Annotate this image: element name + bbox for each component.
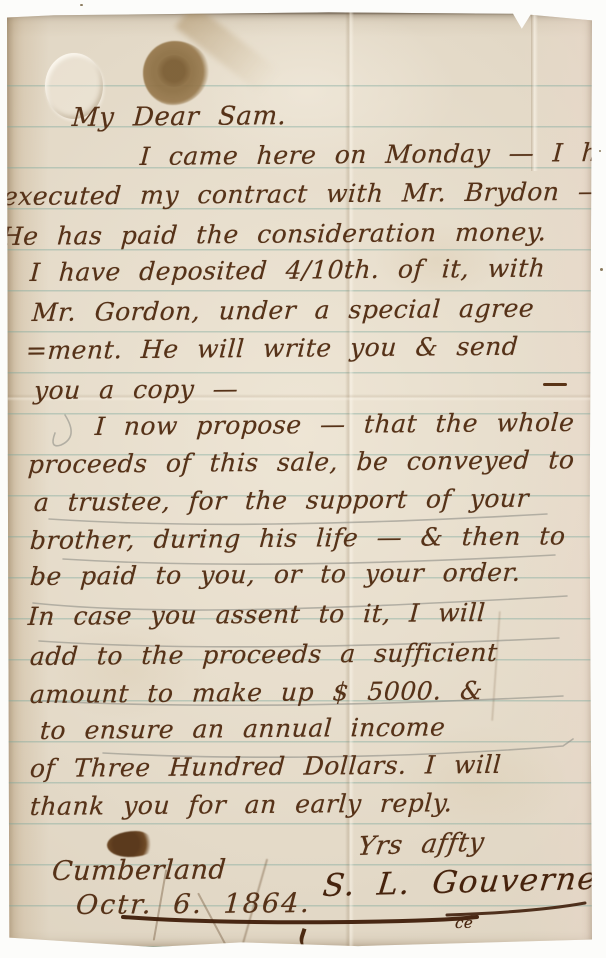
stray-dash <box>543 383 567 386</box>
letter-line: add to the proceeds a sufficient <box>29 639 498 671</box>
letter-line: I now propose — that the whole <box>94 409 575 441</box>
letter-line: He has paid the consideration money. <box>7 218 547 250</box>
letter-line: Mr. Gordon, under a special agree <box>31 295 535 327</box>
letter-line: I have deposited 4/10th. of it, with <box>29 255 546 287</box>
signature: S. L. Gouverneur <box>321 861 592 903</box>
letter-line: be paid to you, or to your order. <box>29 559 521 591</box>
closing: Yrs affty <box>356 829 486 862</box>
letter-line: In case you assent to it, I will <box>27 599 486 630</box>
letter-line: proceeds of this sale, be conveyed to <box>27 446 575 478</box>
scan-speck <box>80 4 83 6</box>
letter-line: =ment. He will write you & send <box>25 333 519 365</box>
letter-paper: My Dear Sam. I came here on Monday — I h… <box>7 11 592 947</box>
signature-mark: ce <box>454 915 473 932</box>
date-line: Octr. 6. 1864. <box>75 889 312 921</box>
scan-speck <box>599 150 601 152</box>
letter-line: executed my contract with Mr. Brydon — <box>7 178 592 211</box>
letter-scan: My Dear Sam. I came here on Monday — I h… <box>0 0 606 958</box>
letter-line: amount to make up $ 5000. & <box>29 677 484 708</box>
letter-line: you a copy — <box>33 375 239 404</box>
letter-line: I came here on Monday — I have <box>139 139 592 171</box>
small-ink-blot <box>107 831 155 857</box>
letter-line: to ensure an annual income <box>39 713 446 744</box>
ink-stain-blot-core <box>157 55 191 87</box>
letter-line: of Three Hundred Dollars. I will <box>29 751 502 783</box>
letter-line: a trustee, for the support of your <box>33 485 530 517</box>
salutation: My Dear Sam. <box>71 102 287 132</box>
letter-line: brother, during his life — & then to <box>29 522 566 554</box>
cut-off-pen-stroke <box>296 928 323 947</box>
scan-speck <box>600 268 603 271</box>
place-line: Cumberland <box>51 855 227 886</box>
paper-top-edge-shadow <box>7 11 592 15</box>
letter-line: thank you for an early reply. <box>29 789 453 820</box>
